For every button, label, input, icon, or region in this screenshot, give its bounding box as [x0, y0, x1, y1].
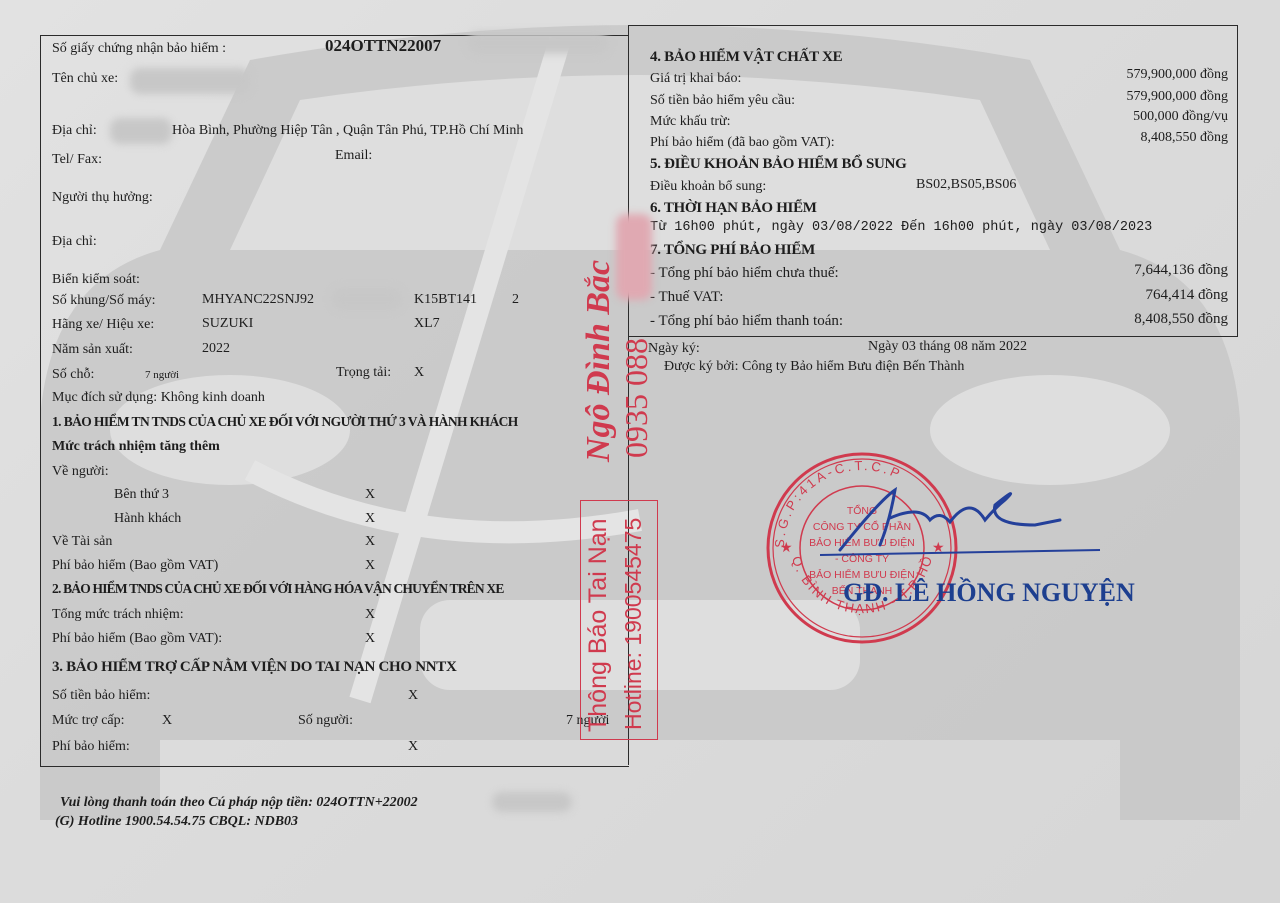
section7-title: 7. TỔNG PHÍ BẢO HIỂM [650, 243, 815, 258]
property-value: X [365, 535, 375, 549]
payment-instruction: Vui lòng thanh toán theo Cú pháp nộp tiề… [60, 796, 418, 810]
section6-title: 6. THỜI HẠN BẢO HIỂM [650, 201, 817, 216]
section4-row-value: 579,900,000 đồng [1127, 90, 1229, 104]
year-value: 2022 [202, 342, 230, 356]
section7-row-value: 8,408,550 đồng [1134, 312, 1228, 327]
director-name: GĐ. LÊ HỒNG NGUYỆN [843, 578, 1135, 608]
tel-label: Tel/ Fax: [52, 153, 102, 167]
beneficiary-address-label: Địa chỉ: [52, 235, 97, 249]
section4-row-value: 8,408,550 đồng [1141, 131, 1229, 145]
property-label: Về Tài sản [52, 535, 112, 549]
year-label: Năm sản xuất: [52, 343, 133, 357]
seats-label: Số chỗ: [52, 368, 94, 382]
sum-insured-label: Số tiền bảo hiểm: [52, 689, 150, 703]
section4-row-value: 500,000 đồng/vụ [1133, 110, 1228, 124]
purpose-label: Mục đích sử dụng: Không kinh doanh [52, 391, 265, 405]
accident-notice-hotline: Hotline: 1900545475 [620, 518, 647, 730]
section2-title: 2. BẢO HIỂM TNDS CỦA CHỦ XE ĐỐI VỚI HÀNG… [52, 582, 504, 596]
beneficiary-label: Người thụ hưởng: [52, 191, 153, 205]
total-liability-value: X [365, 608, 375, 622]
section4-title: 4. BẢO HIỂM VẬT CHẤT XE [650, 50, 842, 65]
agent-phone-stamp: 0935 088 [618, 338, 655, 458]
section3-premium-label: Phí bảo hiểm: [52, 740, 130, 754]
signature-icon [820, 480, 1120, 560]
redaction-blur [492, 792, 572, 812]
brand-label: Hãng xe/ Hiệu xe: [52, 318, 154, 332]
load-value: X [414, 366, 424, 380]
section4-row-label: Giá trị khai báo: [650, 72, 741, 86]
section5-title: 5. ĐIỀU KHOẢN BẢO HIỂM BỔ SUNG [650, 157, 906, 172]
sign-date-value: Ngày 03 tháng 08 năm 2022 [868, 340, 1027, 354]
section7-row-value: 7,644,136 đồng [1134, 263, 1228, 278]
accident-notice-title: Thông Báo Tai Nạn [584, 518, 613, 732]
seats-value: 7 người [145, 370, 179, 381]
section4-row-label: Mức khấu trừ: [650, 115, 731, 129]
section3-premium-value: X [408, 740, 418, 754]
section4-row-value: 579,900,000 đồng [1127, 68, 1229, 82]
insurance-certificate-photo: Số giấy chứng nhận bảo hiểm : 024OTTN220… [0, 0, 1280, 903]
insurance-period: Từ 16h00 phút, ngày 03/08/2022 Đến 16h00… [650, 221, 1152, 235]
section4-row-label: Phí bảo hiểm (đã bao gồm VAT): [650, 136, 835, 150]
section5-value: BS02,BS05,BS06 [916, 178, 1016, 192]
agent-name-stamp: Ngô Đình Bắc [580, 260, 618, 462]
section2-premium-label: Phí bảo hiểm (Bao gồm VAT): [52, 632, 222, 646]
address-label: Địa chỉ: [52, 124, 97, 138]
engine-value: K15BT141 [414, 293, 477, 307]
sum-insured-value: X [408, 689, 418, 703]
redaction-blur [468, 32, 608, 54]
passenger-label: Hành khách [114, 512, 181, 526]
passenger-value: X [365, 512, 375, 526]
sign-date-label: Ngày ký: [648, 342, 700, 356]
svg-text:★: ★ [780, 540, 793, 556]
section1-title: 1. BẢO HIỂM TN TNDS CỦA CHỦ XE ĐỐI VỚI N… [52, 415, 518, 429]
section3-title: 3. BẢO HIỂM TRỢ CẤP NẰM VIỆN DO TAI NẠN … [52, 660, 457, 675]
section2-premium-value: X [365, 632, 375, 646]
redaction-blur [616, 214, 652, 300]
signed-by: Được ký bởi: Công ty Bảo hiểm Bưu điện B… [664, 360, 964, 374]
section1-premium-value: X [365, 559, 375, 573]
section7-row-label: - Tổng phí bảo hiểm thanh toán: [650, 314, 843, 329]
section7-row-label: - Tổng phí bảo hiểm chưa thuế: [650, 266, 839, 281]
redaction-blur [130, 68, 250, 94]
hotline-line: (G) Hotline 1900.54.54.75 CBQL: NDB03 [55, 815, 298, 829]
persons-label: Số người: [298, 714, 353, 728]
section7-row-label: - Thuế VAT: [650, 290, 723, 305]
owner-label: Tên chủ xe: [52, 72, 118, 86]
address-value: Hòa Bình, Phường Hiệp Tân , Quận Tân Phú… [172, 124, 523, 138]
plate-label: Biển kiểm soát: [52, 273, 140, 287]
allowance-value: X [162, 714, 172, 728]
email-label: Email: [335, 149, 372, 163]
model-value: XL7 [414, 317, 440, 331]
chassis-value: MHYANC22SNJ92 [202, 293, 314, 307]
third-party-label: Bên thứ 3 [114, 488, 169, 502]
certificate-number-value: 024OTTN22007 [325, 37, 441, 54]
chassis-label: Số khung/Số máy: [52, 294, 155, 308]
total-liability-label: Tổng mức trách nhiệm: [52, 608, 184, 622]
section1-premium-label: Phí bảo hiểm (Bao gồm VAT) [52, 559, 218, 573]
certificate-number-label: Số giấy chứng nhận bảo hiểm : [52, 42, 226, 56]
third-party-value: X [365, 488, 375, 502]
brand-value: SUZUKI [202, 317, 253, 331]
section7-row-value: 764,414 đồng [1146, 288, 1229, 303]
allowance-label: Mức trợ cấp: [52, 714, 125, 728]
section5-label: Điều khoản bổ sung: [650, 180, 766, 194]
redaction-blur [332, 288, 402, 310]
section1-subtitle: Mức trách nhiệm tăng thêm [52, 440, 220, 454]
redaction-blur [110, 118, 172, 144]
load-label: Trọng tải: [336, 366, 391, 380]
section4-row-label: Số tiền bảo hiểm yêu cầu: [650, 94, 795, 108]
engine-suffix: 2 [512, 293, 519, 307]
people-label: Về người: [52, 465, 109, 479]
